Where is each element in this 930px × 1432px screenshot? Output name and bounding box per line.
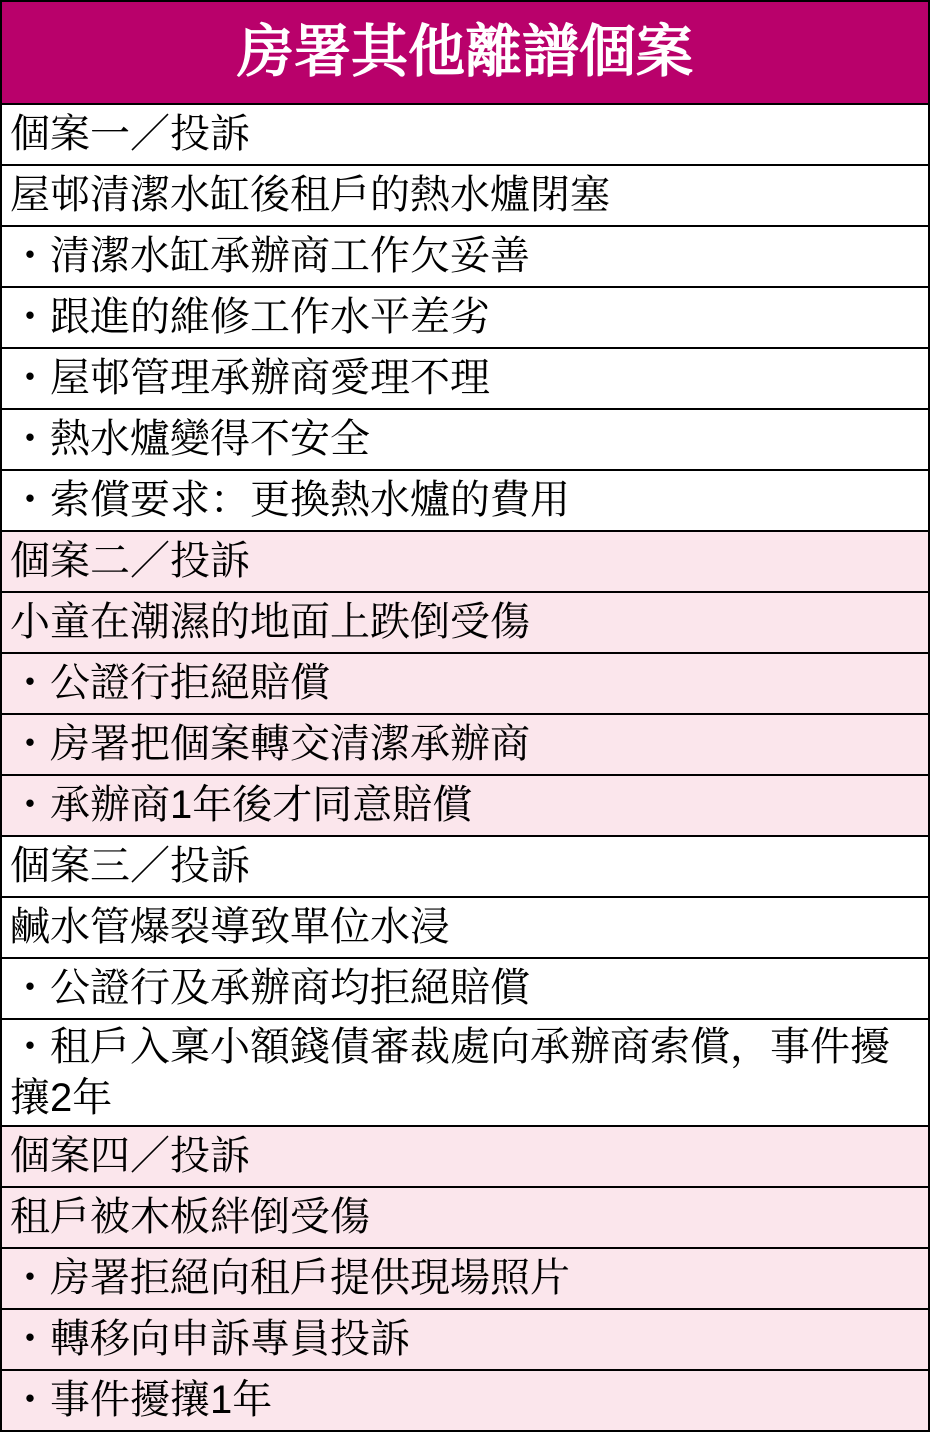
row-text: 鹹水管爆裂導致單位水浸 (10, 905, 450, 949)
row-text: 熱水爐變得不安全 (50, 417, 370, 461)
bullet-icon: ・ (10, 1025, 50, 1069)
row-text: 個案二／投訴 (10, 539, 250, 583)
bullet-icon: ・ (10, 661, 50, 705)
row-text: 租戶入稟小額錢債審裁處向承辦商索償，事件擾攘2年 (10, 1025, 890, 1120)
table-row: ・事件擾攘1年 (2, 1369, 928, 1430)
case3-header-row: 個案三／投訴 (2, 835, 928, 896)
row-text: 清潔水缸承辦商工作欠妥善 (50, 234, 530, 278)
row-text: 房署拒絕向租戶提供現場照片 (50, 1256, 570, 1300)
bullet-icon: ・ (10, 966, 50, 1010)
table-row: ・轉移向申訴專員投訴 (2, 1308, 928, 1369)
bullet-icon: ・ (10, 417, 50, 461)
bullet-icon: ・ (10, 1317, 50, 1361)
table-row: ・租戶入稟小額錢債審裁處向承辦商索償，事件擾攘2年 (2, 1018, 928, 1125)
case2-summary-row: 小童在潮濕的地面上跌倒受傷 (2, 591, 928, 652)
case1-summary-row: 屋邨清潔水缸後租戶的熱水爐閉塞 (2, 164, 928, 225)
table-row: ・公證行及承辦商均拒絕賠償 (2, 957, 928, 1018)
table-row: ・屋邨管理承辦商愛理不理 (2, 347, 928, 408)
row-text: 個案一／投訴 (10, 112, 250, 156)
row-text: 個案三／投訴 (10, 844, 250, 888)
table-row: ・索償要求：更換熱水爐的費用 (2, 469, 928, 530)
row-text: 個案四／投訴 (10, 1134, 250, 1178)
row-text: 跟進的維修工作水平差劣 (50, 295, 490, 339)
row-text: 房署把個案轉交清潔承辦商 (50, 722, 530, 766)
bullet-icon: ・ (10, 1256, 50, 1300)
bullet-icon: ・ (10, 722, 50, 766)
bullet-icon: ・ (10, 234, 50, 278)
table-row: ・承辦商1年後才同意賠償 (2, 774, 928, 835)
row-text: 租戶被木板絆倒受傷 (10, 1195, 370, 1239)
row-text: 小童在潮濕的地面上跌倒受傷 (10, 600, 530, 644)
case3-summary-row: 鹹水管爆裂導致單位水浸 (2, 896, 928, 957)
table-row: ・房署拒絕向租戶提供現場照片 (2, 1247, 928, 1308)
row-text: 屋邨管理承辦商愛理不理 (50, 356, 490, 400)
complaint-cases-table: 房署其他離譜個案 個案一／投訴 屋邨清潔水缸後租戶的熱水爐閉塞 ・清潔水缸承辦商… (0, 0, 930, 1432)
bullet-icon: ・ (10, 478, 50, 522)
case4-summary-row: 租戶被木板絆倒受傷 (2, 1186, 928, 1247)
row-text: 索償要求：更換熱水爐的費用 (50, 478, 570, 522)
row-text: 轉移向申訴專員投訴 (50, 1317, 410, 1361)
table-row: ・房署把個案轉交清潔承辦商 (2, 713, 928, 774)
table-row: ・清潔水缸承辦商工作欠妥善 (2, 225, 928, 286)
table-title: 房署其他離譜個案 (2, 2, 928, 103)
bullet-icon: ・ (10, 783, 50, 827)
row-text: 事件擾攘1年 (50, 1378, 272, 1422)
bullet-icon: ・ (10, 1378, 50, 1422)
table-row: ・熱水爐變得不安全 (2, 408, 928, 469)
row-text: 公證行拒絕賠償 (50, 661, 330, 705)
row-text: 公證行及承辦商均拒絕賠償 (50, 966, 530, 1010)
row-text: 屋邨清潔水缸後租戶的熱水爐閉塞 (10, 173, 610, 217)
row-text: 承辦商1年後才同意賠償 (50, 783, 472, 827)
table-row: ・跟進的維修工作水平差劣 (2, 286, 928, 347)
bullet-icon: ・ (10, 295, 50, 339)
case1-header-row: 個案一／投訴 (2, 103, 928, 164)
case2-header-row: 個案二／投訴 (2, 530, 928, 591)
case4-header-row: 個案四／投訴 (2, 1125, 928, 1186)
bullet-icon: ・ (10, 356, 50, 400)
table-row: ・公證行拒絕賠償 (2, 652, 928, 713)
